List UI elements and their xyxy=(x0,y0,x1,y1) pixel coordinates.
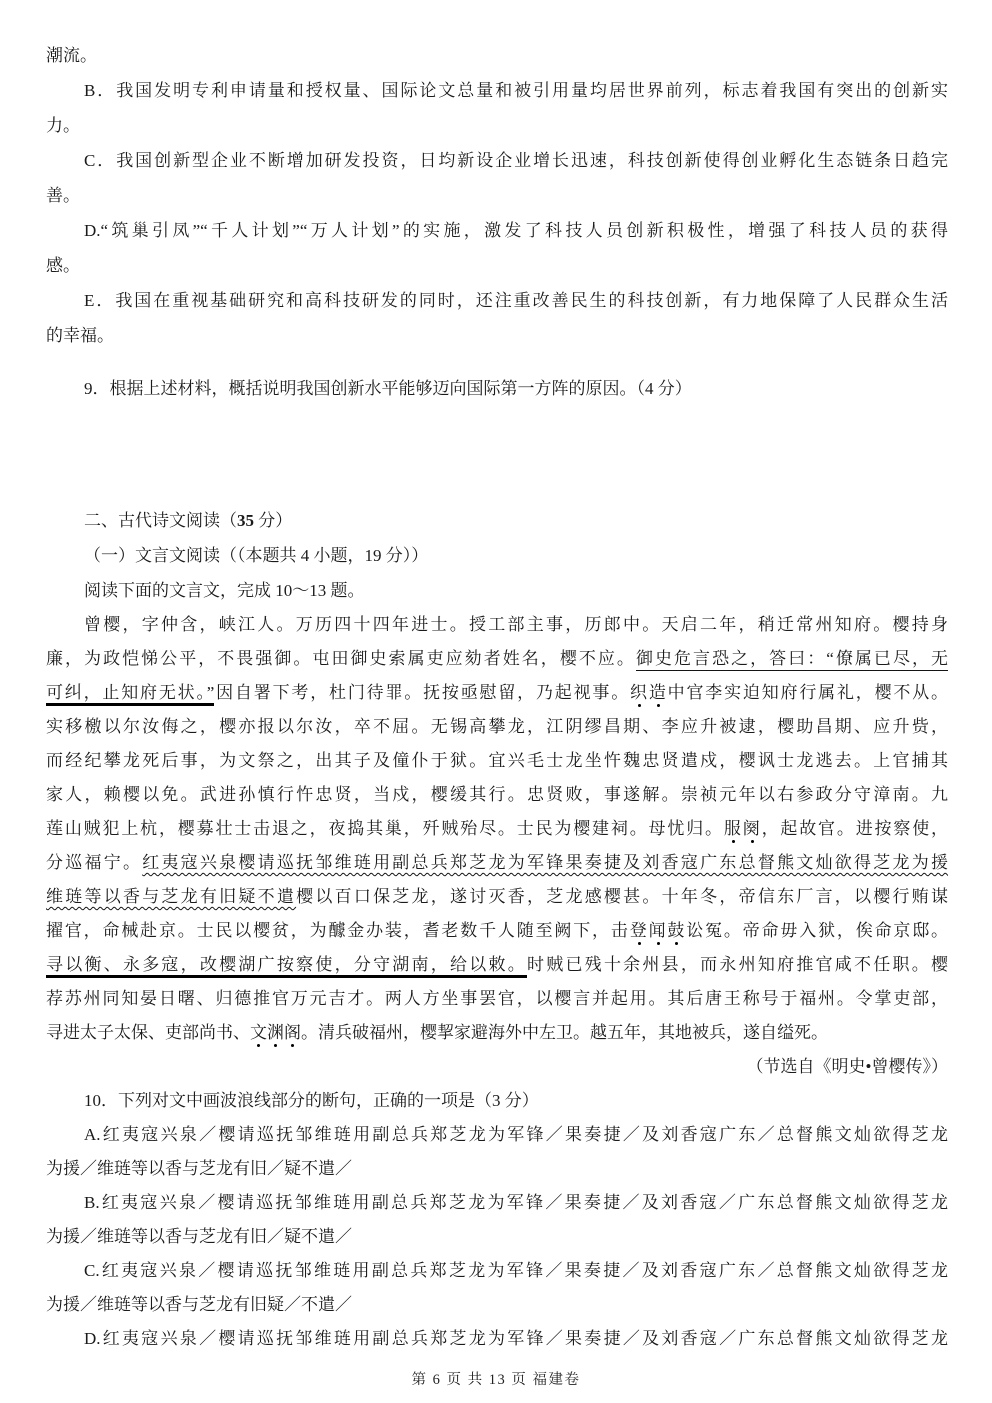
emphasis-dotted-term: 阕 xyxy=(743,819,762,838)
passage-line-5: 而经纪攀龙死后事，为文祭之，出其子及僮仆于狱。宜兴毛士龙坐忤魏忠贤遣戍，樱讽士龙… xyxy=(46,744,948,778)
passage-line-7: 莲山贼犯上杭，樱募壮士击退之，夜捣其巢，歼贼殆尽。士民为樱建祠。母忧归。服阕，起… xyxy=(46,812,948,846)
emphasis-dotted-term: 登 xyxy=(630,921,649,940)
q10-option-d-line-1: D.红夷寇兴泉／樱请巡抚邹维琏用副总兵郑芝龙为军锋／果奏捷／及刘香寇／广东总督熊… xyxy=(46,1322,948,1356)
question-9: 9．根据上述材料，概括说明我国创新水平能够迈向国际第一方阵的原因。（4 分） xyxy=(46,371,948,406)
subsection-heading: （一）文言文阅读（（本题共 4 小题，19 分）） xyxy=(46,538,948,573)
option-c-line-2: 善。 xyxy=(46,178,948,213)
underline-segment: 御史危言恐之，答曰：“僚属已尽，无 xyxy=(636,649,948,671)
option-e-line-2: 的幸福。 xyxy=(46,318,948,353)
underline-segment: 寻以衡、永多寇，改樱湖广按察使，分守湖南，给以敕。 xyxy=(46,955,527,978)
text-segment: 10．下列对文中画波浪线部分的断句，正确的一项是（3 分） xyxy=(84,1091,539,1110)
text-segment: 而经纪攀龙死后事，为文祭之，出其子及僮仆于狱。宜兴毛士龙坐忤魏忠贤遣戍，樱讽士龙… xyxy=(46,751,948,770)
emphasis-dotted-term: 阁 xyxy=(284,1023,301,1042)
passage-line-8: 分巡福宁。红夷寇兴泉樱请巡抚邹维琏用副总兵郑芝龙为军锋果奏捷及刘香寇广东总督熊文… xyxy=(46,846,948,880)
text-segment: 为援／维琏等以香与芝龙有旧／疑不遣／ xyxy=(46,1159,352,1178)
text-segment: 因自署下考，杜门待罪。抚按亟慰留，乃起视事。 xyxy=(214,683,630,702)
passage-source: （节选自《明史•曾樱传》） xyxy=(46,1050,948,1084)
text-segment: 分巡福宁。 xyxy=(46,853,142,872)
blank-answer-space xyxy=(46,406,948,503)
q10-option-a-line-1: A.红夷寇兴泉／樱请巡抚邹维琏用副总兵郑芝龙为军锋／果奏捷／及刘香寇广东／总督熊… xyxy=(46,1118,948,1152)
text-segment: 中官李实迫知府行属礼，樱不从。 xyxy=(668,683,948,702)
bold-text: 35 xyxy=(237,511,254,530)
text-segment: 善。 xyxy=(46,186,80,205)
text-segment: 阅读下面的文言文，完成 10～13 题。 xyxy=(84,581,365,600)
passage-line-11: 寻以衡、永多寇，改樱湖广按察使，分守湖南，给以敕。时贼已残十余州县，而永州知府推… xyxy=(46,948,948,982)
text-segment: B．我国发明专利申请量和授权量、国际论文总量和被引用量均居世界前列，标志着我国有… xyxy=(84,81,948,100)
text-segment: 。清兵破福州，樱挈家避海外中左卫。越五年，其地被兵，遂自缢死。 xyxy=(301,1023,828,1042)
option-d-line-1: D.“筑巢引凤”“千人计划”“万人计划”的实施，激发了科技人员创新积极性，增强了… xyxy=(46,213,948,248)
question-9-block: 9．根据上述材料，概括说明我国创新水平能够迈向国际第一方阵的原因。（4 分） xyxy=(46,371,948,406)
wavy-underline-segment: 维琏等以香与芝龙有旧疑不遣 xyxy=(46,887,296,906)
question-10-block: 10．下列对文中画波浪线部分的断句，正确的一项是（3 分）A.红夷寇兴泉／樱请巡… xyxy=(46,1084,948,1356)
option-e-line-1: E．我国在重视基础研究和高科技研发的同时，还注重改善民生的科技创新，有力地保障了… xyxy=(46,283,948,318)
passage-line-6: 家人，赖樱以免。武进孙慎行忤忠贤，当戍，樱缓其行。忠贤败，事遂解。崇祯元年以右参… xyxy=(46,778,948,812)
emphasis-dotted-term: 渊 xyxy=(267,1023,284,1042)
section-heading: 二、古代诗文阅读（35 分） xyxy=(46,503,948,538)
passage-line-4: 实移檄以尔汝侮之，樱亦报以尔汝，卒不屈。无锡高攀龙，江阴缪昌期、李应升被逮，樱助… xyxy=(46,710,948,744)
emphasis-dotted-term: 闻 xyxy=(649,921,668,940)
option-b-line-2: 力。 xyxy=(46,108,948,143)
text-segment: 廉，为政恺悌公平，不畏强御。屯田御史索属吏应劾者姓名，樱不应。 xyxy=(46,649,636,668)
text-segment: 潮流。 xyxy=(46,46,97,65)
text-segment: 为援／维琏等以香与芝龙有旧／疑不遣／ xyxy=(46,1227,352,1246)
passage-line-9: 维琏等以香与芝龙有旧疑不遣樱以百口保芝龙，遂讨灭香，芝龙感樱甚。十年冬，帝信东厂… xyxy=(46,880,948,914)
text-segment: ，起故官。进按察使， xyxy=(762,819,948,838)
q10-option-c-line-2: 为援／维琏等以香与芝龙有旧疑／不遣／ xyxy=(46,1288,948,1322)
emphasis-dotted-term: 织 xyxy=(630,683,649,702)
underline-segment: 可纠，止知府无状。” xyxy=(46,683,214,706)
text-segment: 家人，赖樱以免。武进孙慎行忤忠贤，当戍，樱缓其行。忠贤败，事遂解。崇祯元年以右参… xyxy=(46,785,948,804)
passage-line-10: 擢官，命械赴京。士民以樱贫，为醵金办装，耆老数千人随至阙下，击登闻鼓讼冤。帝命毋… xyxy=(46,914,948,948)
passage-line-1: 曾樱，字仲含，峡江人。万历四十四年进士。授工部主事，历郎中。天启二年，稍迁常州知… xyxy=(46,608,948,642)
text-segment: B.红夷寇兴泉／樱请巡抚邹维琏用副总兵郑芝龙为军锋／果奏捷／及刘香寇／广东总督熊… xyxy=(84,1193,948,1212)
emphasis-dotted-term: 鼓 xyxy=(667,921,686,940)
q10-option-b-line-2: 为援／维琏等以香与芝龙有旧／疑不遣／ xyxy=(46,1220,948,1254)
passage-line-13: 寻进太子太保、吏部尚书、文渊阁。清兵破福州，樱挈家避海外中左卫。越五年，其地被兵… xyxy=(46,1016,948,1050)
text-segment: 力。 xyxy=(46,116,80,135)
passage-line-2: 廉，为政恺悌公平，不畏强御。屯田御史索属吏应劾者姓名，樱不应。御史危言恐之，答曰… xyxy=(46,642,948,676)
emphasis-dotted-term: 文 xyxy=(250,1023,267,1042)
text-segment: 二、古代诗文阅读（ xyxy=(84,511,237,530)
classical-passage: 曾樱，字仲含，峡江人。万历四十四年进士。授工部主事，历郎中。天启二年，稍迁常州知… xyxy=(46,608,948,1050)
text-segment: 分） xyxy=(254,511,292,530)
passage-line-3: 可纠，止知府无状。”因自署下考，杜门待罪。抚按亟慰留，乃起视事。织造中官李实迫知… xyxy=(46,676,948,710)
text-segment: （一）文言文阅读（（本题共 4 小题，19 分）） xyxy=(84,546,428,565)
text-segment: 曾樱，字仲含，峡江人。万历四十四年进士。授工部主事，历郎中。天启二年，稍迁常州知… xyxy=(84,615,948,634)
exam-page: 潮流。B．我国发明专利申请量和授权量、国际论文总量和被引用量均居世界前列，标志着… xyxy=(0,0,992,1403)
text-segment: 擢官，命械赴京。士民以樱贫，为醵金办装，耆老数千人随至阙下，击 xyxy=(46,921,630,940)
text-segment: A.红夷寇兴泉／樱请巡抚邹维琏用副总兵郑芝龙为军锋／果奏捷／及刘香寇广东／总督熊… xyxy=(84,1125,948,1144)
text-segment: 樱以百口保芝龙，遂讨灭香，芝龙感樱甚。十年冬，帝信东厂言，以樱行贿谋 xyxy=(296,887,948,906)
emphasis-dotted-term: 造 xyxy=(649,683,668,702)
text-segment: C.红夷寇兴泉／樱请巡抚邹维琏用副总兵郑芝龙为军锋／果奏捷／及刘香寇广东／总督熊… xyxy=(84,1261,948,1280)
reading-instruction: 阅读下面的文言文，完成 10～13 题。 xyxy=(46,573,948,608)
text-segment: 9．根据上述材料，概括说明我国创新水平能够迈向国际第一方阵的原因。（4 分） xyxy=(84,379,692,398)
text-segment: 讼冤。帝命毋入狱，俟命京邸。 xyxy=(686,921,948,940)
q10-option-c-line-1: C.红夷寇兴泉／樱请巡抚邹维琏用副总兵郑芝龙为军锋／果奏捷／及刘香寇广东／总督熊… xyxy=(46,1254,948,1288)
text-segment: 莲山贼犯上杭，樱募壮士击退之，夜捣其巢，歼贼殆尽。士民为樱建祠。母忧归。 xyxy=(46,819,724,838)
emphasis-dotted-term: 服 xyxy=(724,819,743,838)
q10-option-a-line-2: 为援／维琏等以香与芝龙有旧／疑不遣／ xyxy=(46,1152,948,1186)
text-segment: 为援／维琏等以香与芝龙有旧疑／不遣／ xyxy=(46,1295,352,1314)
option-d-line-2: 感。 xyxy=(46,248,948,283)
text-segment: 荐苏州同知晏日曙、归德推官万元吉才。两人方坐事罢官，以樱言并起用。其后唐王称号于… xyxy=(46,989,948,1008)
option-b-line-1: B．我国发明专利申请量和授权量、国际论文总量和被引用量均居世界前列，标志着我国有… xyxy=(46,73,948,108)
text-segment: D.“筑巢引凤”“千人计划”“万人计划”的实施，激发了科技人员创新积极性，增强了… xyxy=(84,221,948,240)
text-segment: 的幸福。 xyxy=(46,326,114,345)
question-10-stem: 10．下列对文中画波浪线部分的断句，正确的一项是（3 分） xyxy=(46,1084,948,1118)
paragraph-tail-line: 潮流。 xyxy=(46,38,948,73)
passage-line-12: 荐苏州同知晏日曙、归德推官万元吉才。两人方坐事罢官，以樱言并起用。其后唐王称号于… xyxy=(46,982,948,1016)
text-segment: 寻进太子太保、吏部尚书、 xyxy=(46,1023,250,1042)
text-segment: C．我国创新型企业不断增加研发投资，日均新设企业增长迅速，科技创新使得创业孵化生… xyxy=(84,151,948,170)
q10-option-b-line-1: B.红夷寇兴泉／樱请巡抚邹维琏用副总兵郑芝龙为军锋／果奏捷／及刘香寇／广东总督熊… xyxy=(46,1186,948,1220)
page-footer: 第 6 页 共 13 页 福建卷 xyxy=(0,1368,992,1389)
text-segment: 感。 xyxy=(46,256,80,275)
choice-options-block: 潮流。B．我国发明专利申请量和授权量、国际论文总量和被引用量均居世界前列，标志着… xyxy=(46,38,948,353)
spacer xyxy=(46,353,948,371)
text-segment: D.红夷寇兴泉／樱请巡抚邹维琏用副总兵郑芝龙为军锋／果奏捷／及刘香寇／广东总督熊… xyxy=(84,1329,948,1348)
text-segment: 时贼已残十余州县，而永州知府推官咸不任职。樱 xyxy=(527,955,948,974)
instruction-block: 阅读下面的文言文，完成 10～13 题。 xyxy=(46,573,948,608)
text-segment: E．我国在重视基础研究和高科技研发的同时，还注重改善民生的科技创新，有力地保障了… xyxy=(84,291,948,310)
wavy-underline-segment: 红夷寇兴泉樱请巡抚邹维琏用副总兵郑芝龙为军锋果奏捷及刘香寇广东总督熊文灿欲得芝龙… xyxy=(142,853,948,872)
option-c-line-1: C．我国创新型企业不断增加研发投资，日均新设企业增长迅速，科技创新使得创业孵化生… xyxy=(46,143,948,178)
text-segment: 实移檄以尔汝侮之，樱亦报以尔汝，卒不屈。无锡高攀龙，江阴缪昌期、李应升被逮，樱助… xyxy=(46,717,948,736)
subsection-heading-block: （一）文言文阅读（（本题共 4 小题，19 分）） xyxy=(46,538,948,573)
section-heading-block: 二、古代诗文阅读（35 分） xyxy=(46,503,948,538)
